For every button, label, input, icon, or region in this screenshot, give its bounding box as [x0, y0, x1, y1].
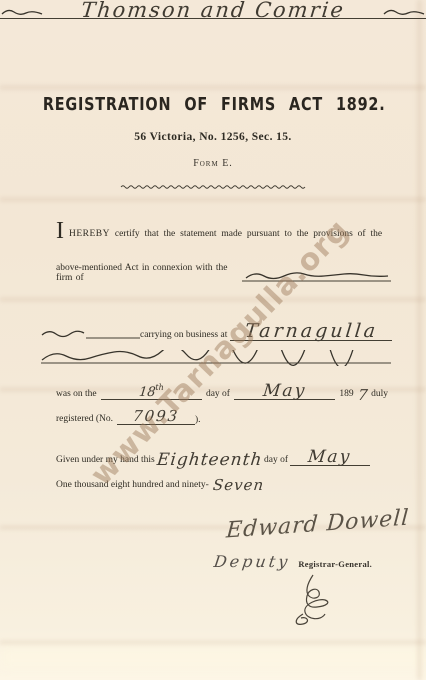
hand-squiggle	[382, 6, 426, 18]
hand-squiggle	[40, 328, 140, 341]
registration-date-line: was on the 18th day of May 189 7 duly	[56, 383, 392, 400]
year-words-line: One thousand eight hundred and ninety- S…	[56, 478, 336, 490]
year-printed: 189	[335, 389, 357, 400]
registration-number-value: 7093	[132, 409, 180, 424]
month-field: May	[234, 383, 335, 400]
day-field: 18th	[101, 383, 202, 400]
business-place-field: Tarnagulla	[230, 322, 392, 341]
statute-reference: 56 Victoria, No. 1256, Sec. 15.	[0, 131, 426, 143]
given-month-field: May	[290, 449, 370, 466]
hand-squiggle	[0, 6, 44, 18]
given-month-value: May	[308, 449, 353, 466]
given-day-of-label: day of	[262, 455, 290, 466]
firm-name-value: Thomson and Comrie	[43, 0, 383, 21]
registered-label: registered (No.	[56, 414, 117, 425]
form-label: Form E.	[0, 158, 426, 169]
duly-label: duly	[367, 389, 392, 400]
given-label: Given under my hand this	[56, 455, 157, 466]
deputy-handwritten: Deputy	[213, 552, 292, 571]
signatory-role-line: Deputy Registrar-General.	[214, 552, 372, 571]
decorative-zigzag-rule	[120, 183, 310, 191]
document-title: REGISTRATION OF FIRMS ACT 1892.	[43, 94, 386, 115]
was-on-the-label: was on the	[56, 389, 101, 400]
registrar-general-label: Registrar-General.	[298, 559, 372, 569]
business-place-value: Tarnagulla	[244, 322, 379, 341]
year-words-value: Seven	[212, 478, 265, 493]
certify-line-2: above-mentioned Act in connexion with th…	[56, 263, 392, 283]
day-value: 18	[138, 386, 156, 399]
document-page: REGISTRATION OF FIRMS ACT 1892. 56 Victo…	[0, 0, 426, 680]
flourish-mark	[283, 574, 339, 626]
business-label: carrying on business at	[140, 330, 230, 341]
registration-number-line: registered (No. 7093 ).	[56, 409, 306, 425]
given-line: Given under my hand this Eighteenth day …	[56, 449, 370, 466]
day-of-label: day of	[202, 389, 234, 400]
year-digit-value: 7	[357, 388, 368, 403]
firm-name-line: Thomson and Comrie	[0, 0, 426, 19]
hereby-word: HEREBY	[69, 229, 110, 239]
day-suffix: th	[155, 383, 163, 392]
firm-of-text: above-mentioned Act in connexion with th…	[56, 263, 238, 283]
signature: Edward Dowell	[225, 506, 410, 544]
hand-wavy-filler	[40, 350, 392, 366]
business-line: carrying on business at Tarnagulla	[40, 322, 392, 341]
registration-number-field: 7093	[117, 409, 195, 425]
month-value: May	[262, 383, 307, 400]
hand-squiggle	[242, 270, 392, 283]
registered-close: ).	[195, 415, 201, 425]
year-words-printed: One thousand eight hundred and ninety-	[56, 480, 209, 490]
given-day-value: Eighteenth	[156, 452, 263, 469]
drop-cap: I	[56, 218, 64, 244]
certify-line-1: IHEREBY certify that the statement made …	[56, 222, 392, 240]
certify-text: certify that the statement made pursuant…	[115, 229, 382, 239]
